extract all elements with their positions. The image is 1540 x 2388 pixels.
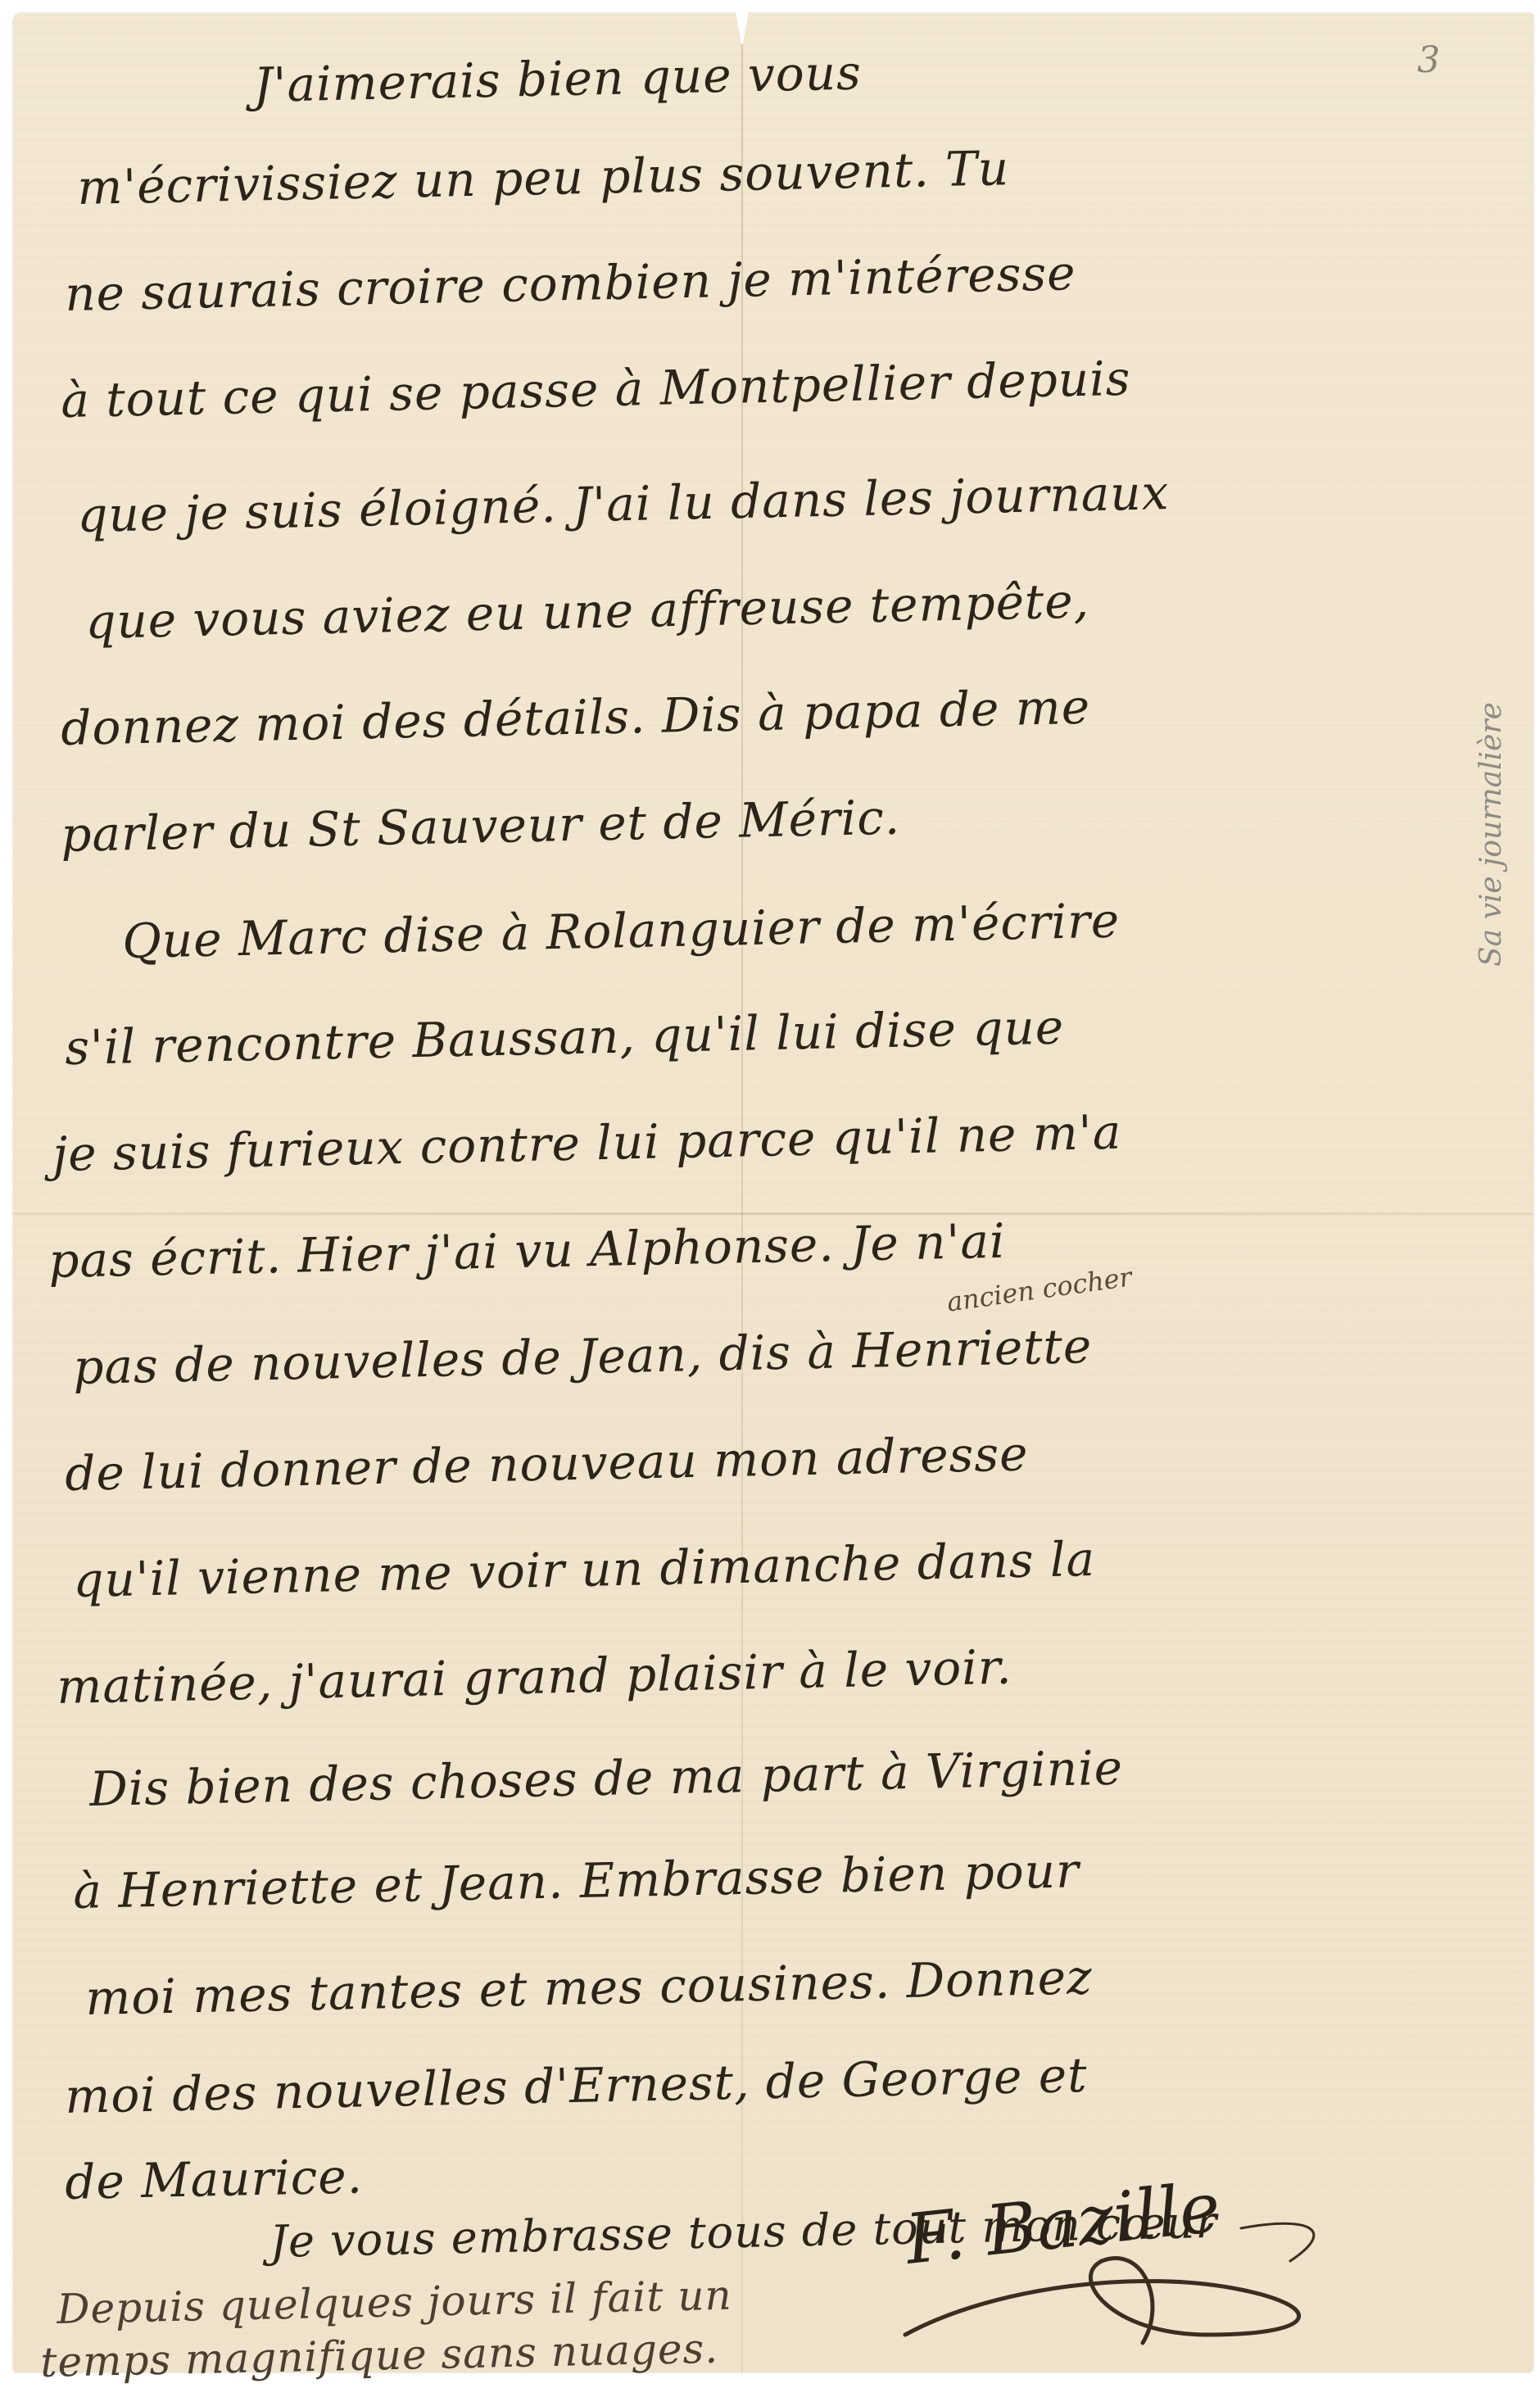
letter-line: de Maurice. bbox=[65, 2148, 364, 2210]
horizontal-fold-crease bbox=[13, 1212, 1533, 1215]
margin-pencil-annotation: Sa vie journalière bbox=[1474, 702, 1508, 967]
page-number: 3 bbox=[1417, 39, 1440, 81]
signature-flourish-icon bbox=[897, 2212, 1356, 2351]
